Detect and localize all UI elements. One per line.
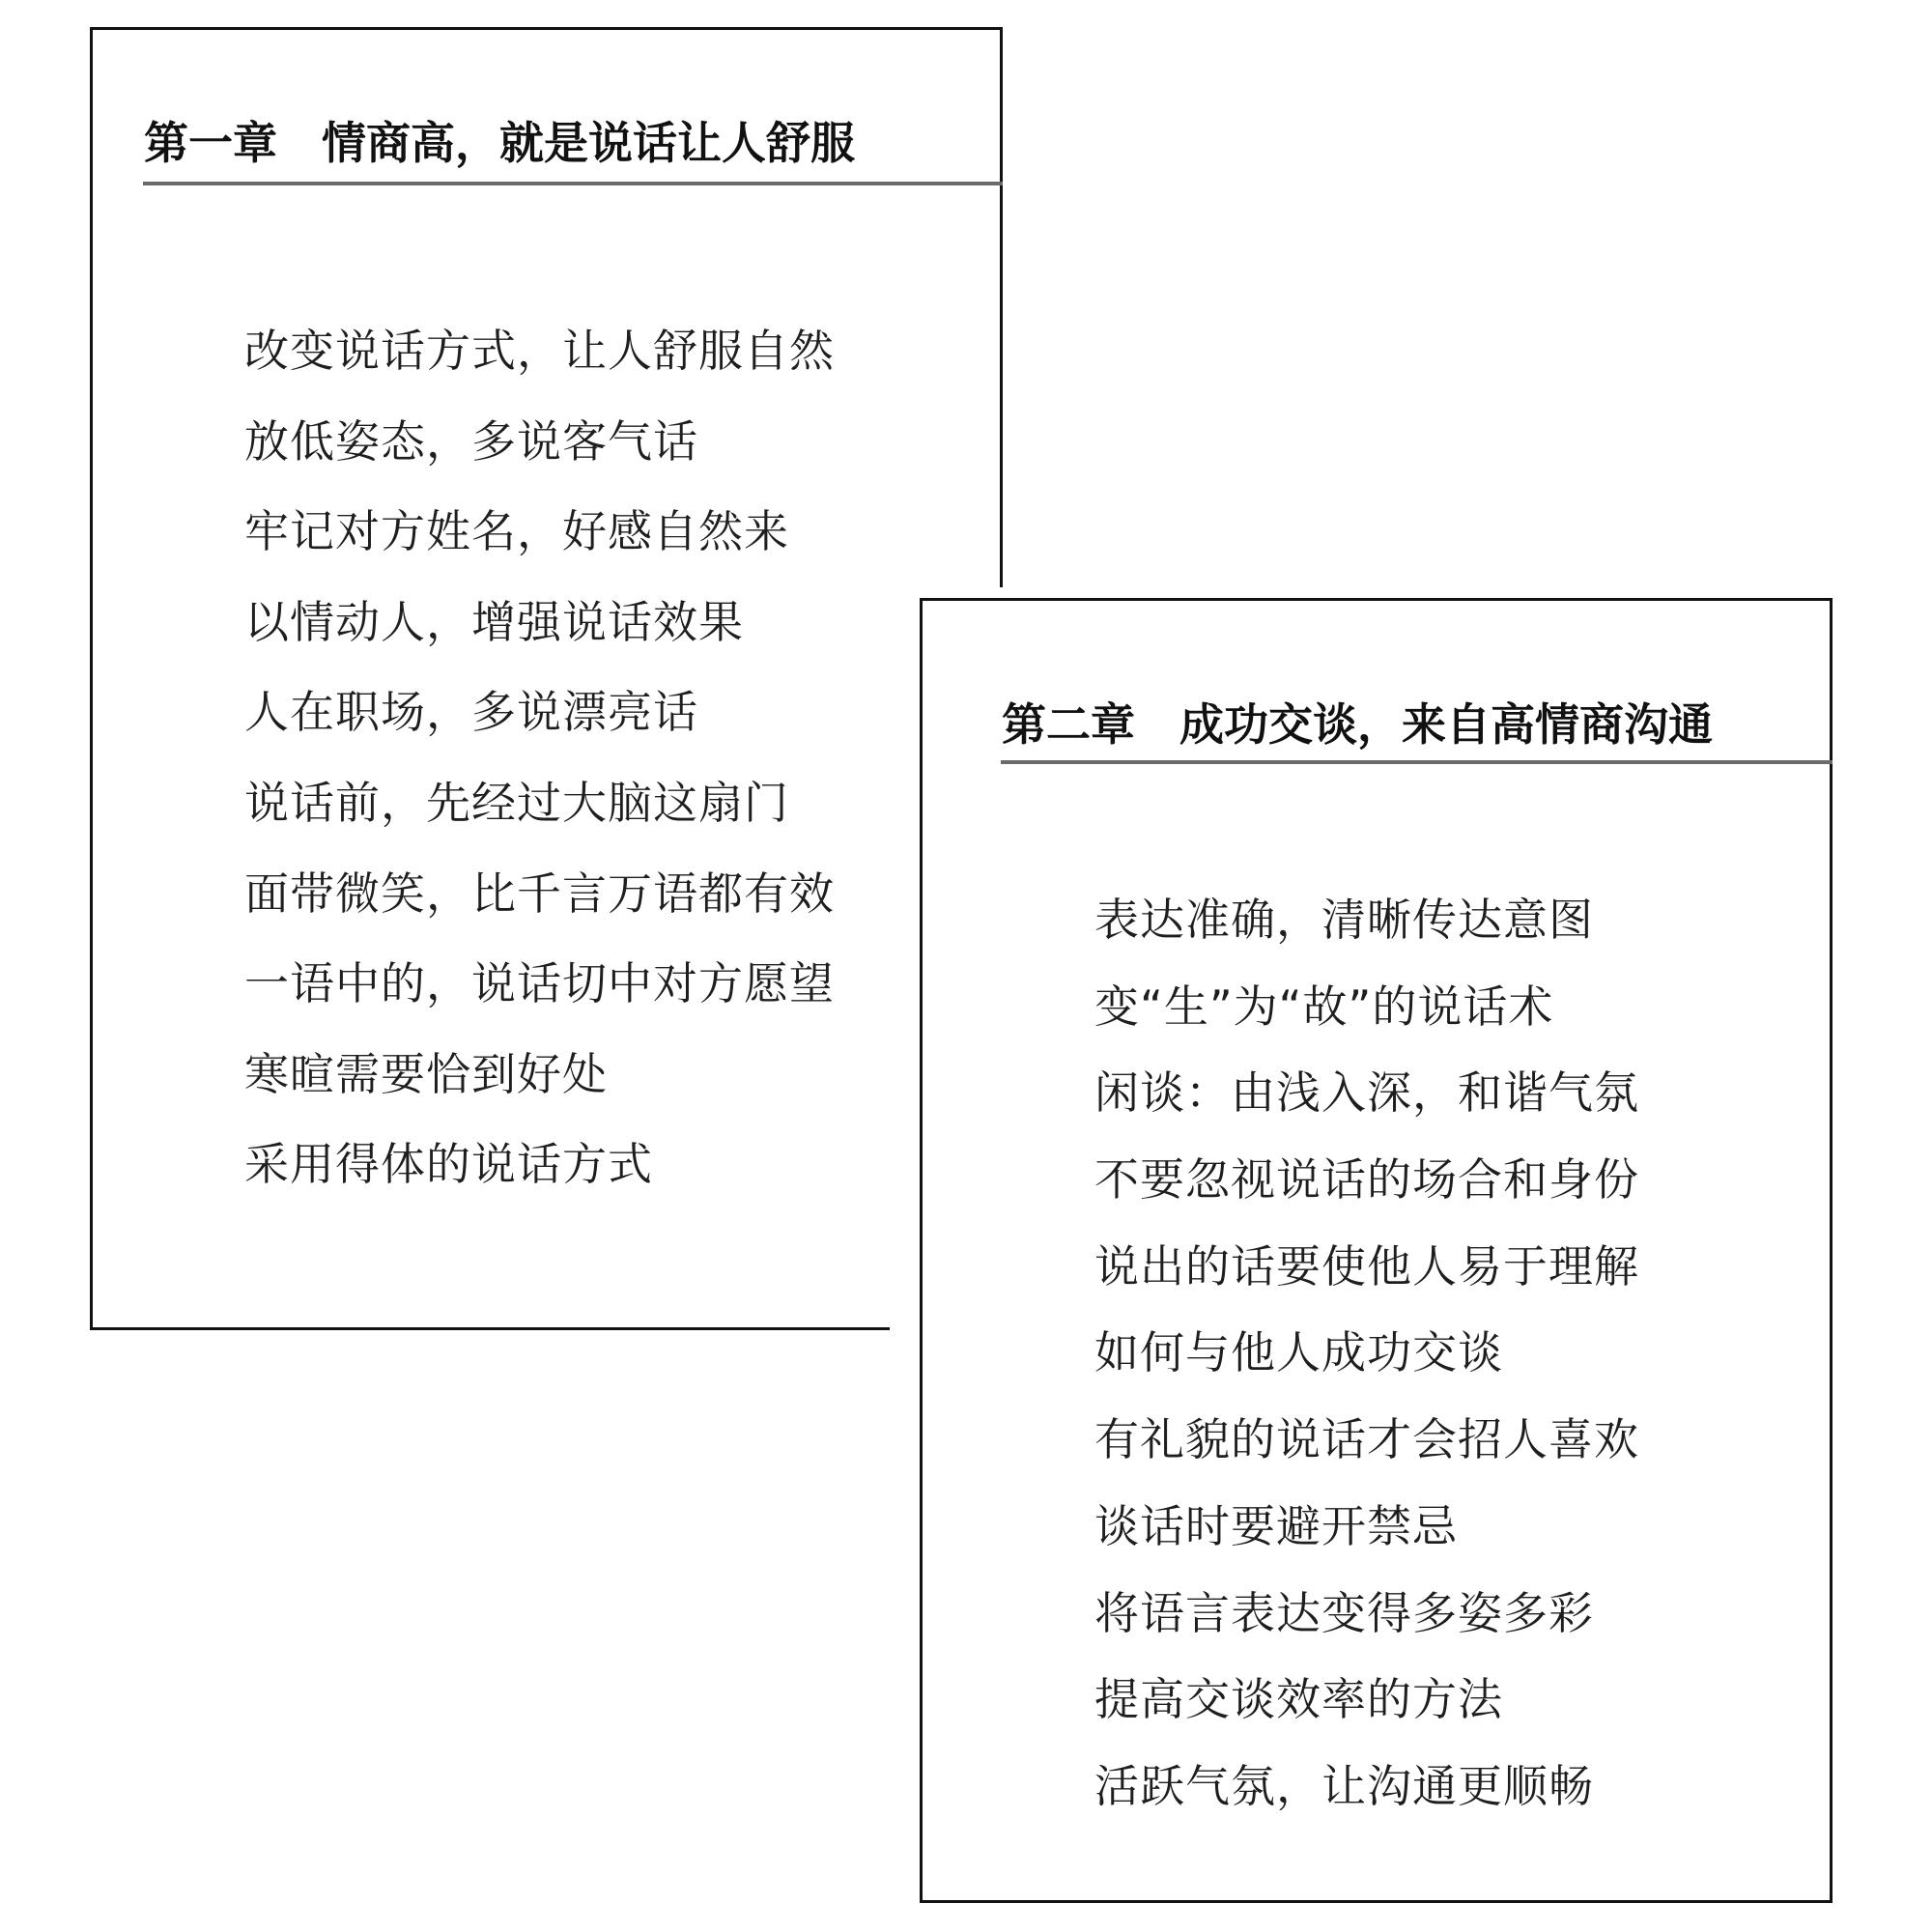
section-item: 面带微笑，比千言万语都有效 xyxy=(244,865,835,955)
chapter-title-underline xyxy=(1001,760,1833,764)
section-item: 牢记对方姓名，好感自然来 xyxy=(244,502,835,593)
chapter-title: 第一章 情商高，就是说话让人舒服 xyxy=(144,116,855,170)
chapter-title: 第二章 成功交谈，来自高情商沟通 xyxy=(1002,697,1713,752)
page-border-top xyxy=(90,27,1003,30)
section-list: 改变说话方式，让人舒服自然 放低姿态，多说客气话 牢记对方姓名，好感自然来 以情… xyxy=(244,322,835,1226)
section-item: 闲谈：由浅入深，和谐气氛 xyxy=(1094,1064,1639,1151)
section-item: 有礼貌的说话才会招人喜欢 xyxy=(1094,1410,1639,1497)
section-item: 变“生”为“故”的说话术 xyxy=(1094,978,1639,1065)
section-item: 提高交谈效率的方法 xyxy=(1094,1670,1639,1757)
section-item: 如何与他人成功交谈 xyxy=(1094,1323,1639,1410)
toc-page-chapter-2: 第二章 成功交谈，来自高情商沟通 表达准确，清晰传达意图 变“生”为“故”的说话… xyxy=(920,598,1833,1903)
section-item: 说话前，先经过大脑这扇门 xyxy=(244,774,835,865)
section-item: 不要忽视说话的场合和身份 xyxy=(1094,1151,1639,1237)
page-border-left xyxy=(90,27,93,1330)
section-item: 以情动人，增强说话效果 xyxy=(244,593,835,684)
section-item: 寒暄需要恰到好处 xyxy=(244,1045,835,1136)
section-item: 表达准确，清晰传达意图 xyxy=(1094,891,1639,978)
section-item: 谈话时要避开禁忌 xyxy=(1094,1497,1639,1584)
section-item: 采用得体的说话方式 xyxy=(244,1135,835,1226)
section-item: 活跃气氛，让沟通更顺畅 xyxy=(1094,1757,1639,1844)
section-list: 表达准确，清晰传达意图 变“生”为“故”的说话术 闲谈：由浅入深，和谐气氛 不要… xyxy=(1094,891,1639,1844)
page-border-bottom xyxy=(90,1327,890,1330)
section-item: 放低姿态，多说客气话 xyxy=(244,412,835,503)
toc-page-chapter-1: 第一章 情商高，就是说话让人舒服 改变说话方式，让人舒服自然 放低姿态，多说客气… xyxy=(90,27,1003,1330)
chapter-title-underline xyxy=(143,182,1003,185)
section-item: 改变说话方式，让人舒服自然 xyxy=(244,322,835,412)
page-border-right xyxy=(1000,27,1003,587)
section-item: 说出的话要使他人易于理解 xyxy=(1094,1237,1639,1324)
section-item: 人在职场，多说漂亮话 xyxy=(244,683,835,774)
section-item: 将语言表达变得多姿多彩 xyxy=(1094,1584,1639,1671)
section-item: 一语中的，说话切中对方愿望 xyxy=(244,954,835,1045)
